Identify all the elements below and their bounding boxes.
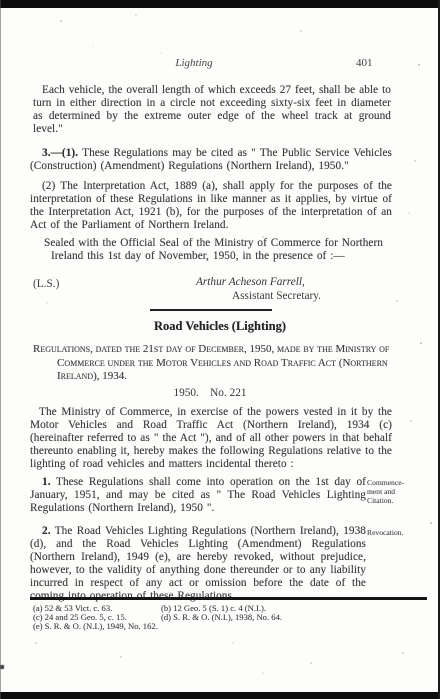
seal-mark: (L.S.) <box>33 278 59 290</box>
quoted-amendment-paragraph: Each vehicle, the overall length of whic… <box>33 84 391 136</box>
footnote-rule <box>30 597 427 600</box>
regulation-1-number: 1. <box>42 476 51 488</box>
footnote-empty <box>161 622 423 631</box>
margin-note-revocation: Revocation. <box>367 529 437 538</box>
regulation-1-text: These Regulations shall come into operat… <box>30 476 366 514</box>
enacting-paragraph: The Ministry of Commerce, in exercise of… <box>30 406 392 471</box>
margin-note-commencement: Commence- ment and Citation. <box>367 479 437 505</box>
running-header-title: Lighting <box>0 57 388 69</box>
signature-title: Assistant Secretary. <box>232 290 321 302</box>
page-number: 401 <box>356 57 373 69</box>
regulation-2-paragraph: 2. The Road Vehicles Lighting Regulation… <box>30 525 366 603</box>
section-heading: Road Vehicles (Lighting) <box>0 319 440 334</box>
scan-border-left <box>0 0 1 699</box>
scan-border-top <box>0 0 440 8</box>
scanned-document-page: Lighting 401 Each vehicle, the overall l… <box>0 0 440 699</box>
regulation-2-text: The Road Vehicles Lighting Regulations (… <box>30 525 366 602</box>
scan-border-bottom <box>0 692 440 699</box>
sealing-clause: Sealed with the Official Seal of the Min… <box>44 237 383 263</box>
preamble-small-caps: Regulations, dated the 21st day of Decem… <box>33 343 409 384</box>
interpretation-paragraph: (2) The Interpretation Act, 1889 (a), sh… <box>30 180 392 232</box>
footnote-d: (d) S. R. & O. (N.I.), 1938, No. 64. <box>161 613 423 622</box>
footnote-e: (e) S. R. & O. (N.I.), 1949, No. 162. <box>33 622 161 631</box>
regulation-3-number: 3.—(1). <box>42 147 78 159</box>
footnote-row: (e) S. R. & O. (N.I.), 1949, No. 162. <box>33 622 423 631</box>
regulation-1-paragraph: 1. These Regulations shall come into ope… <box>30 476 366 515</box>
citation-regulation-paragraph: 3.—(1). These Regulations may be cited a… <box>30 147 392 173</box>
section-divider-rule <box>150 309 272 311</box>
footnotes-block: (a) 52 & 53 Vict. c. 63. (b) 12 Geo. 5 (… <box>33 604 423 632</box>
signature-name: Arthur Acheson Farrell, <box>196 276 305 288</box>
regulation-2-number: 2. <box>42 525 51 537</box>
regulation-3-text: These Regulations may be cited as " The … <box>30 147 392 172</box>
instrument-number: 1950. No. 221 <box>0 387 420 399</box>
